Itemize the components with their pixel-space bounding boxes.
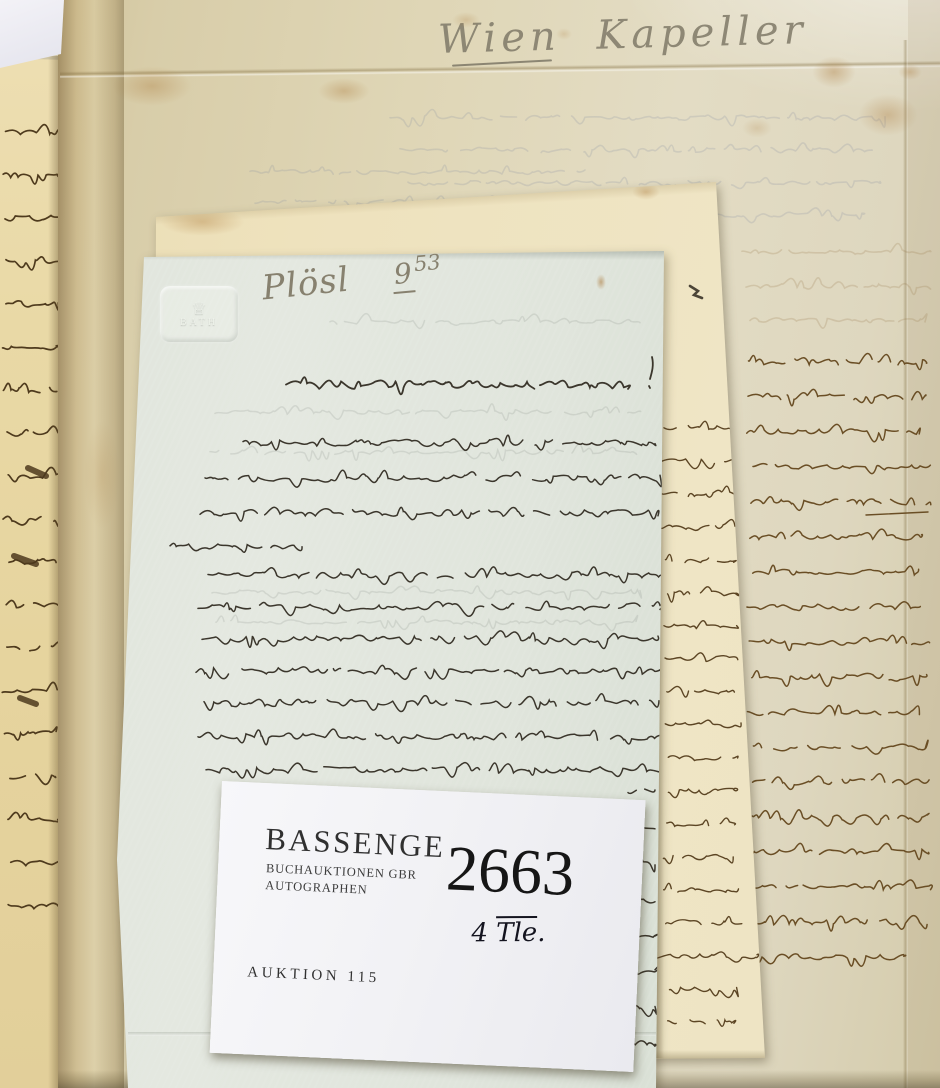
pencil-price-code: 953 bbox=[391, 254, 444, 294]
label-brand: BASSENGE bbox=[265, 821, 447, 865]
auction-label: BASSENGE BUCHAUKTIONEN GBR AUTOGRAPHEN 2… bbox=[210, 781, 646, 1072]
note-period: . bbox=[537, 918, 545, 948]
label-subtitle-2: AUTOGRAPHEN bbox=[265, 878, 368, 898]
note-unit: Tle bbox=[496, 918, 537, 948]
label-handwritten-note: 4 Tle. bbox=[471, 918, 545, 949]
note-count: 4 bbox=[471, 918, 496, 948]
pencil-collector-name: Plösl bbox=[260, 260, 351, 309]
price-code-denominator: 53 bbox=[413, 250, 442, 276]
label-auction-line: AUKTION 115 bbox=[247, 964, 380, 987]
price-code-numerator: 9 bbox=[391, 256, 416, 294]
blind-stamp: ♕ BATH bbox=[160, 286, 238, 342]
blind-stamp-text: BATH bbox=[180, 317, 218, 328]
crown-icon: ♕ bbox=[191, 301, 206, 317]
photograph-auction-lot: Wien Kapeller ♕ BATH Plösl 953 BASSE bbox=[0, 0, 940, 1088]
label-lot-number: 2663 bbox=[445, 831, 576, 911]
foxing-stain bbox=[596, 274, 606, 290]
